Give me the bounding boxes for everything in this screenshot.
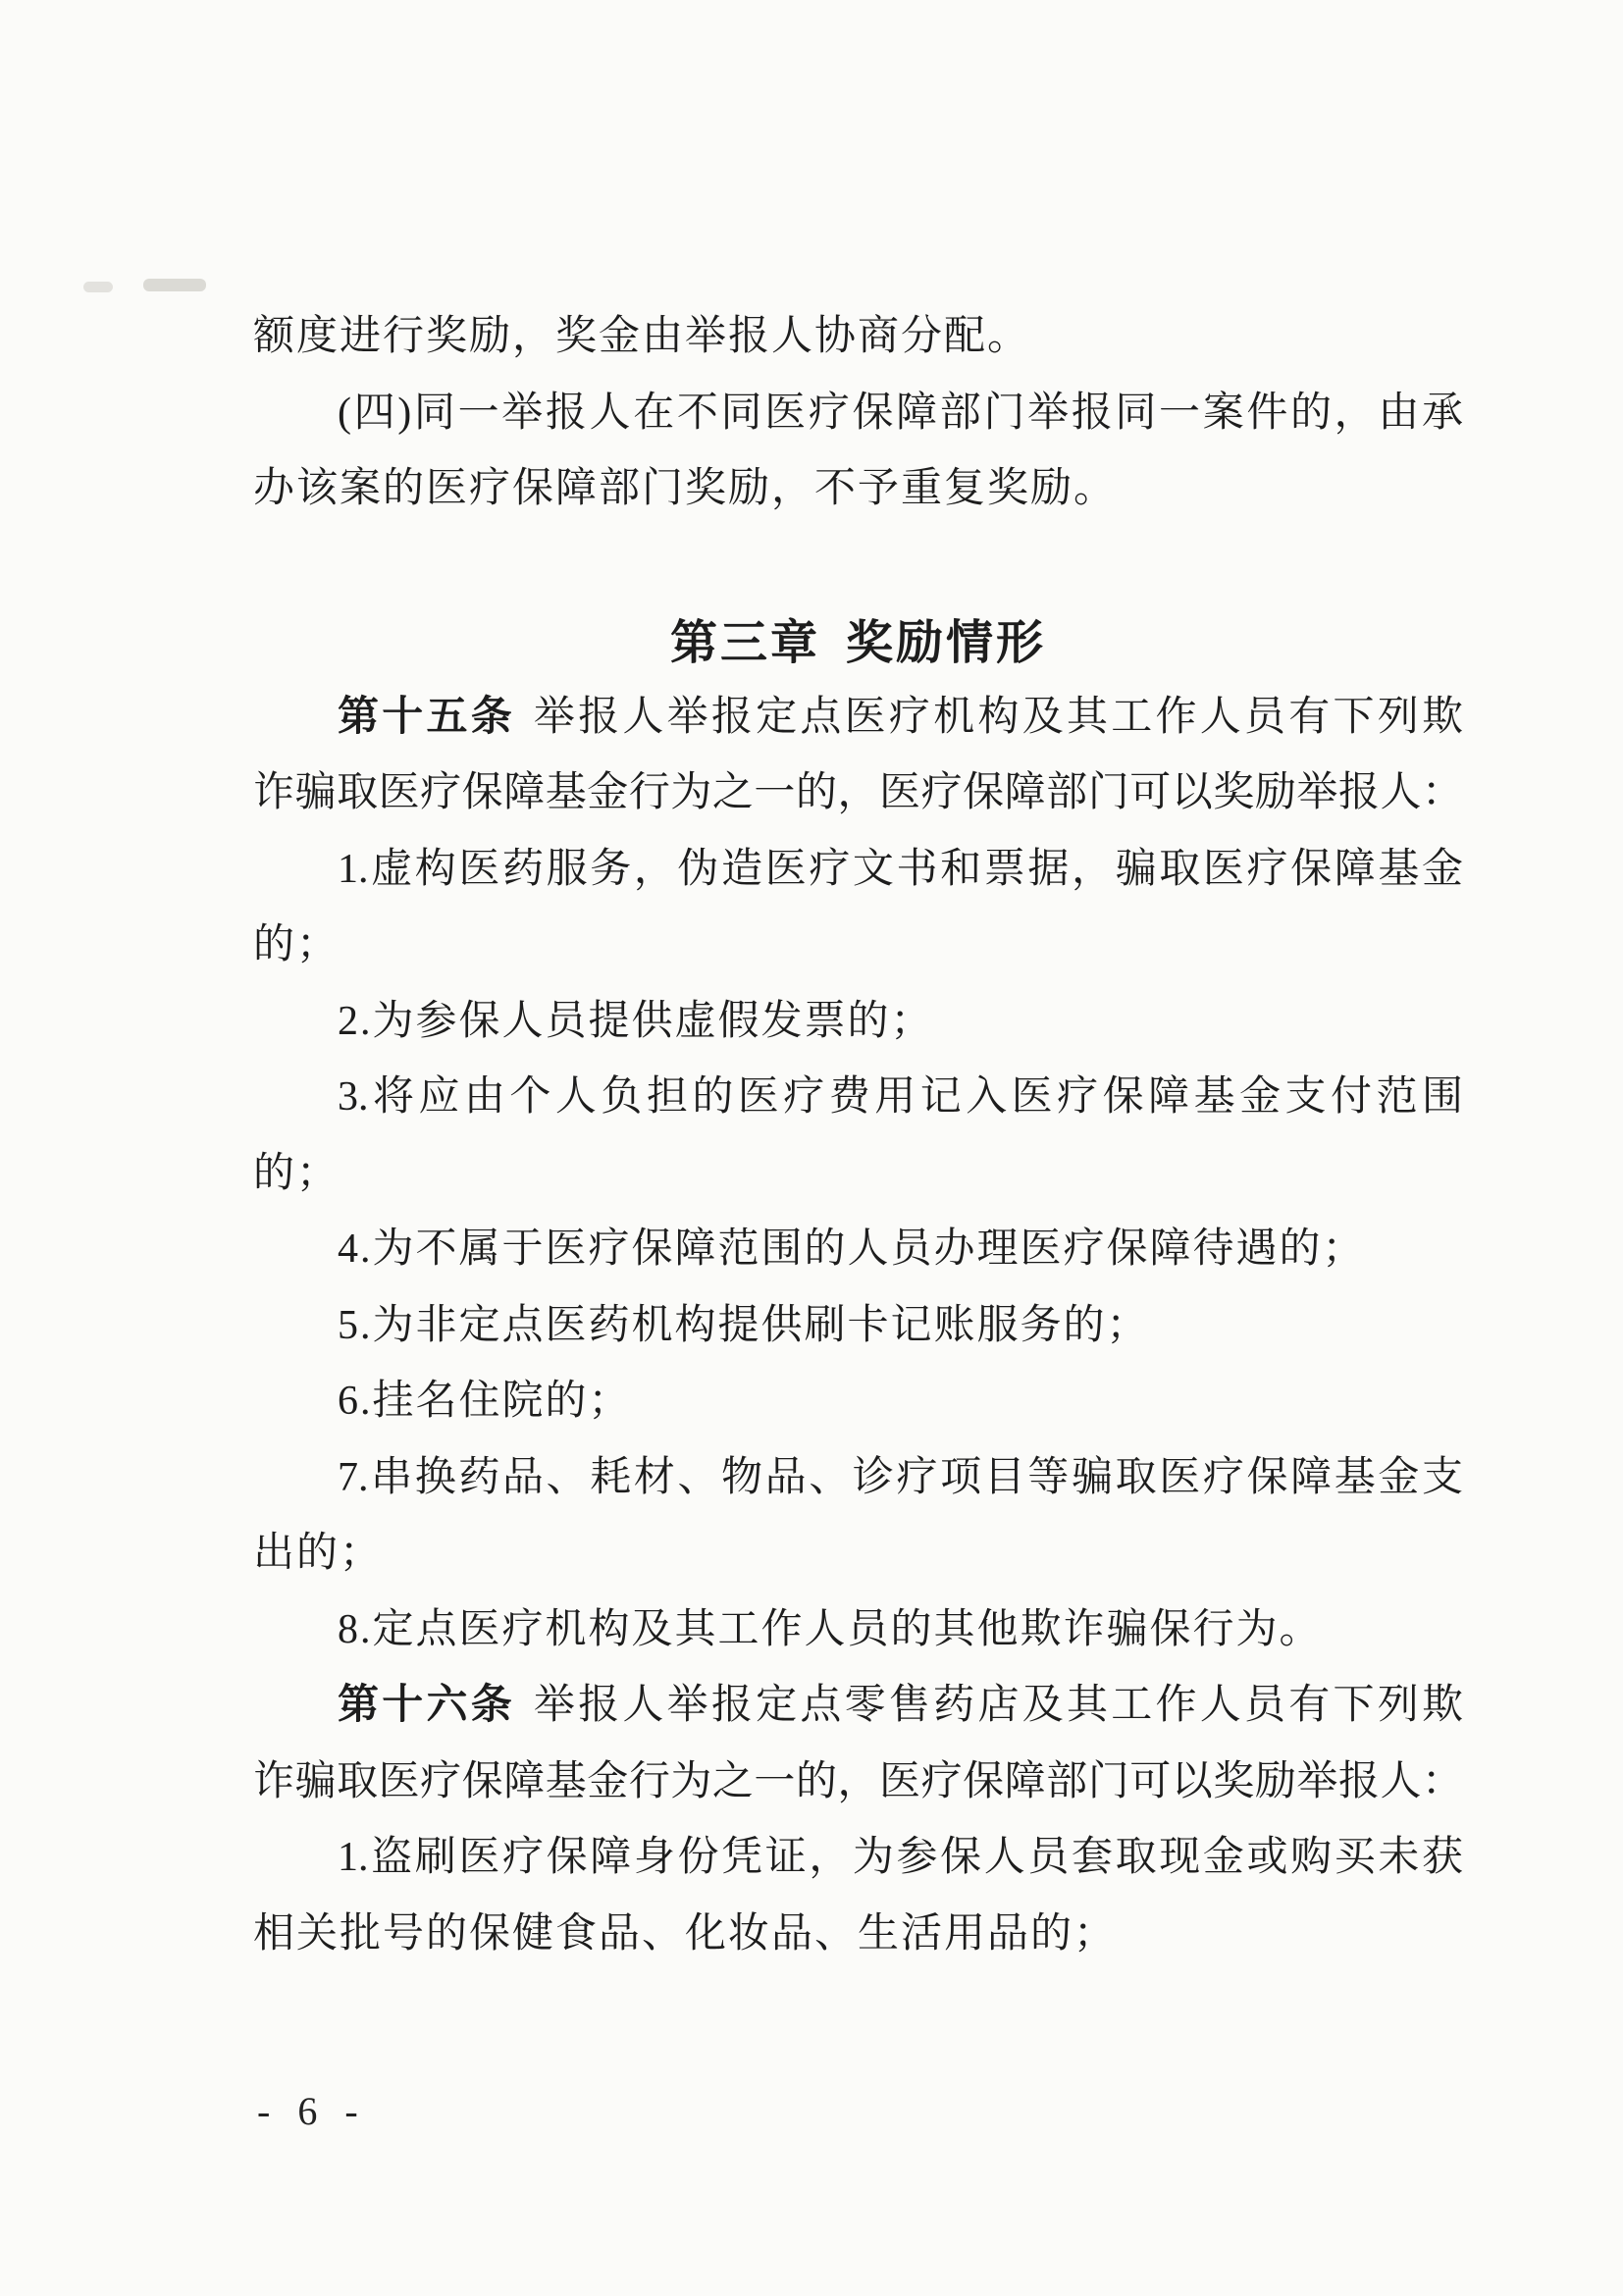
text-line: (四)同一举报人在不同医疗保障部门举报同一案件的，由承 (253, 376, 1463, 452)
text-line: 办该案的医疗保障部门奖励，不予重复奖励。 (253, 451, 1463, 528)
text-line: 8.定点医疗机构及其工作人员的其他欺诈骗保行为。 (253, 1592, 1463, 1669)
text-line: 3.将应由个人负担的医疗费用记入医疗保障基金支付范围 (253, 1060, 1463, 1136)
text-line: 1.盗刷医疗保障身份凭证，为参保人员套取现金或购买未获 (253, 1820, 1463, 1897)
chapter-title: 奖励情形 (846, 604, 1046, 672)
chapter-heading: 第三章 奖励情形 (253, 528, 1463, 680)
text-line: 7.串换药品、耗材、物品、诊疗项目等骗取医疗保障基金支 (253, 1440, 1463, 1517)
line-text: 举报人举报定点零售药店及其工作人员有下列欺 (534, 1683, 1463, 1728)
text-line: 5.为非定点医药机构提供刷卡记账服务的； (253, 1288, 1463, 1365)
article-number: 第十六条 (338, 1683, 515, 1728)
text-line: 额度进行奖励，奖金由举报人协商分配。 (253, 299, 1463, 376)
line-text: 举报人举报定点医疗机构及其工作人员有下列欺 (534, 695, 1463, 740)
scanned-document-page: 额度进行奖励，奖金由举报人协商分配。 (四)同一举报人在不同医疗保障部门举报同一… (0, 0, 1623, 2296)
document-body: 额度进行奖励，奖金由举报人协商分配。 (四)同一举报人在不同医疗保障部门举报同一… (253, 299, 1463, 1972)
text-line: 相关批号的保健食品、化妆品、生活用品的； (253, 1897, 1463, 1973)
text-line: 第十六条举报人举报定点零售药店及其工作人员有下列欺 (253, 1668, 1463, 1745)
page-number: - 6 - (257, 2088, 367, 2134)
text-line: 1.虚构医药服务，伪造医疗文书和票据，骗取医疗保障基金 (253, 832, 1463, 909)
scan-smudge (143, 279, 206, 291)
text-line: 6.挂名住院的； (253, 1364, 1463, 1440)
text-line: 诈骗取医疗保障基金行为之一的，医疗保障部门可以奖励举报人： (253, 1745, 1463, 1821)
text-line: 的； (253, 1136, 1463, 1213)
text-line: 诈骗取医疗保障基金行为之一的，医疗保障部门可以奖励举报人： (253, 756, 1463, 832)
chapter-number: 第三章 (670, 604, 820, 672)
text-line: 第十五条举报人举报定点医疗机构及其工作人员有下列欺 (253, 680, 1463, 757)
text-line: 的； (253, 908, 1463, 984)
text-line: 2.为参保人员提供虚假发票的； (253, 984, 1463, 1061)
text-line: 出的； (253, 1516, 1463, 1592)
scan-smudge (83, 282, 113, 292)
article-number: 第十五条 (338, 695, 515, 740)
text-line: 4.为不属于医疗保障范围的人员办理医疗保障待遇的； (253, 1212, 1463, 1288)
